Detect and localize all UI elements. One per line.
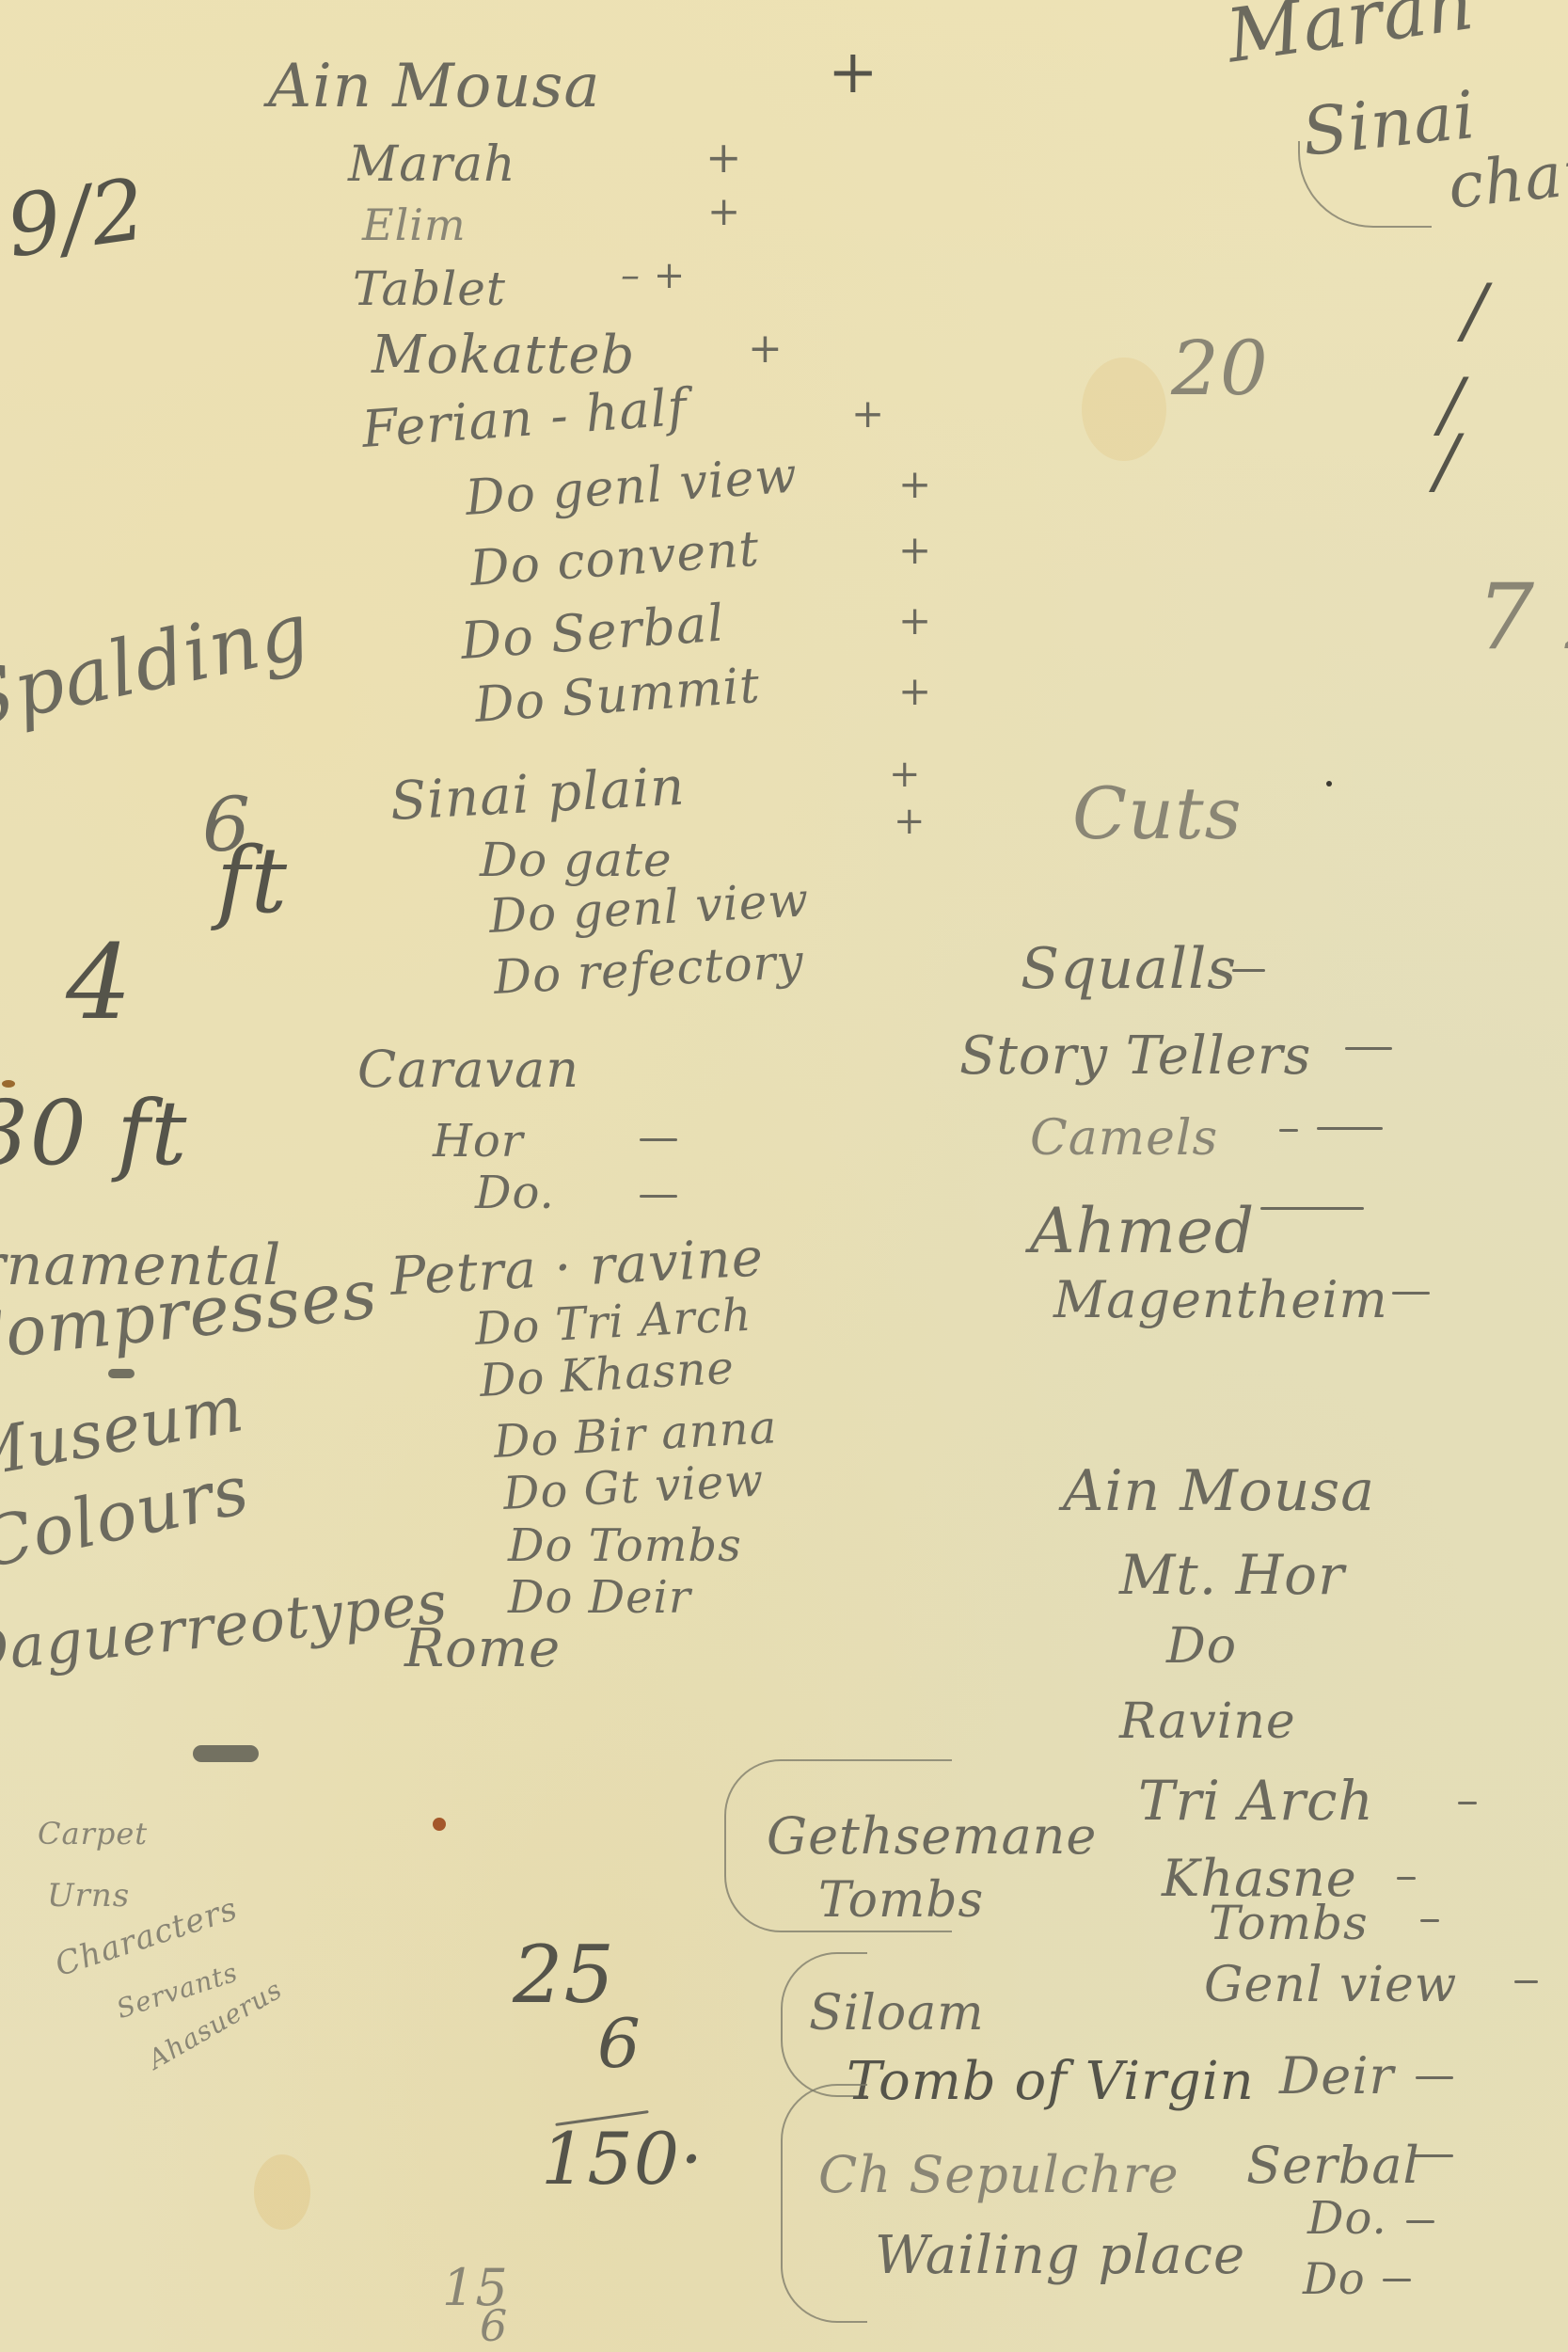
check-mark: + <box>748 325 784 373</box>
bracket-mark <box>1298 141 1432 228</box>
dash-mark <box>1345 1047 1392 1050</box>
margin-note: 30 ft <box>0 1082 187 1185</box>
dash-mark <box>1279 1129 1298 1132</box>
pencil-smudge <box>193 1745 259 1762</box>
margin-note: Daguerreotypes <box>0 1567 451 1687</box>
list-item: Caravan <box>357 1040 579 1099</box>
list-item: Do genl view <box>464 447 800 527</box>
second-list-item: Deir <box>1279 2046 1394 2106</box>
list-item: Do convent <box>468 521 761 597</box>
second-list-item: Ain Mousa <box>1063 1458 1375 1524</box>
margin-note: ft <box>216 828 288 933</box>
second-list-item: Do <box>1166 1618 1237 1675</box>
check-mark: + <box>898 461 932 507</box>
cuts-item: Squalls <box>1021 936 1237 1002</box>
cuts-heading: Cuts <box>1072 771 1243 855</box>
second-list-item: Do <box>1303 2253 1366 2304</box>
dash-mark <box>1317 1127 1383 1130</box>
list-item: Do. <box>475 1167 555 1219</box>
second-list-item: Tri Arch <box>1138 1769 1374 1833</box>
cuts-item: Ahmed <box>1030 1195 1255 1267</box>
dash-mark <box>1458 1802 1477 1804</box>
rust-stain <box>433 1818 446 1831</box>
dash-mark <box>1392 1292 1430 1295</box>
list-item: Mokatteb <box>372 325 635 386</box>
cuts-item: Camels <box>1030 1110 1218 1167</box>
manuscript-page: 9/2 Spalding 6 ft 4 30 ft ornamental Com… <box>0 0 1568 2352</box>
dash-mark <box>640 1195 677 1198</box>
list-item: Marah <box>348 136 516 193</box>
dash-mark <box>1406 2220 1434 2223</box>
cuts-item: Story Tellers <box>959 1025 1311 1087</box>
sum-multiplier: 6 <box>597 2004 641 2083</box>
check-mark: + <box>889 753 922 796</box>
yellow-stain <box>254 2154 310 2230</box>
list-item: Do Deir <box>508 1571 691 1624</box>
dark-fleck <box>1326 781 1332 787</box>
check-mark: + <box>894 800 927 843</box>
center-header: Ain Mousa <box>268 52 601 121</box>
cuts-item: Magentheim <box>1053 1270 1388 1329</box>
dash-mark <box>1260 1207 1364 1210</box>
list-item: Do Tombs <box>508 1519 742 1572</box>
tally-mark: / <box>1434 419 1460 502</box>
list-item: Elim <box>362 199 467 250</box>
bracketed-item: Tombs <box>818 1872 984 1929</box>
bracketed-item: Tomb of Virgin <box>847 2051 1255 2112</box>
margin-note: Spalding <box>0 586 317 747</box>
list-item: Do refectory <box>492 934 805 1005</box>
list-item: Sinai plain <box>388 756 687 833</box>
check-mark: + <box>898 527 932 573</box>
right-top-note: Marah <box>1222 0 1481 80</box>
bracketed-item: Gethsemane <box>767 1806 1097 1866</box>
second-list-item: Ravine <box>1119 1693 1296 1750</box>
second-list-item: Genl view <box>1204 1957 1457 2013</box>
bracketed-item: Ch Sepulchre <box>818 2145 1180 2204</box>
tally-mark: / <box>1463 268 1488 352</box>
dash-mark <box>1411 2154 1453 2157</box>
check-mark: + <box>828 38 879 107</box>
check-mark: + <box>851 390 885 437</box>
second-list-item: Do. <box>1307 2192 1387 2245</box>
list-item: Do Summit <box>473 658 762 734</box>
check-mark: + <box>898 668 932 714</box>
bracketed-item: Siloam <box>809 1985 985 2042</box>
second-list-item: Mt. Hor <box>1119 1543 1345 1607</box>
dash-mark <box>1232 969 1265 972</box>
list-item: Do Serbal <box>459 593 726 670</box>
dash-mark <box>1420 1919 1439 1922</box>
dash-mark <box>1416 2076 1453 2079</box>
dash-mark <box>1397 1877 1416 1880</box>
margin-note: Rome <box>404 1618 561 1679</box>
list-item: Hor <box>433 1115 524 1168</box>
seven-two-note: 7 2 <box>1477 564 1568 670</box>
sum-result: 150· <box>541 2117 704 2201</box>
check-mark: – + <box>621 254 686 297</box>
list-item: Do gate <box>480 833 673 887</box>
fraction-note: 9/2 <box>1 160 152 278</box>
second-list-item: Tombs <box>1209 1896 1369 1950</box>
margin-note-small: Carpet <box>38 1816 148 1851</box>
yellow-stain <box>1082 358 1166 461</box>
list-item: Tablet <box>353 262 506 316</box>
margin-note: 4 <box>66 922 133 1042</box>
list-item: Ferian - half <box>360 377 689 459</box>
check-mark: + <box>707 188 741 234</box>
dash-mark <box>640 1138 677 1141</box>
tally-number: 20 <box>1171 325 1269 412</box>
dash-mark <box>1383 2279 1411 2281</box>
bracketed-item: Wailing place <box>875 2225 1245 2286</box>
pencil-smudge <box>108 1369 135 1378</box>
dash-mark <box>1514 1980 1538 1983</box>
sum-bottom-sub: 6 <box>480 2300 508 2351</box>
second-list-item: Serbal <box>1246 2136 1420 2195</box>
margin-note-small: Urns <box>47 1877 130 1915</box>
check-mark: + <box>705 132 743 183</box>
check-mark: + <box>898 597 932 644</box>
